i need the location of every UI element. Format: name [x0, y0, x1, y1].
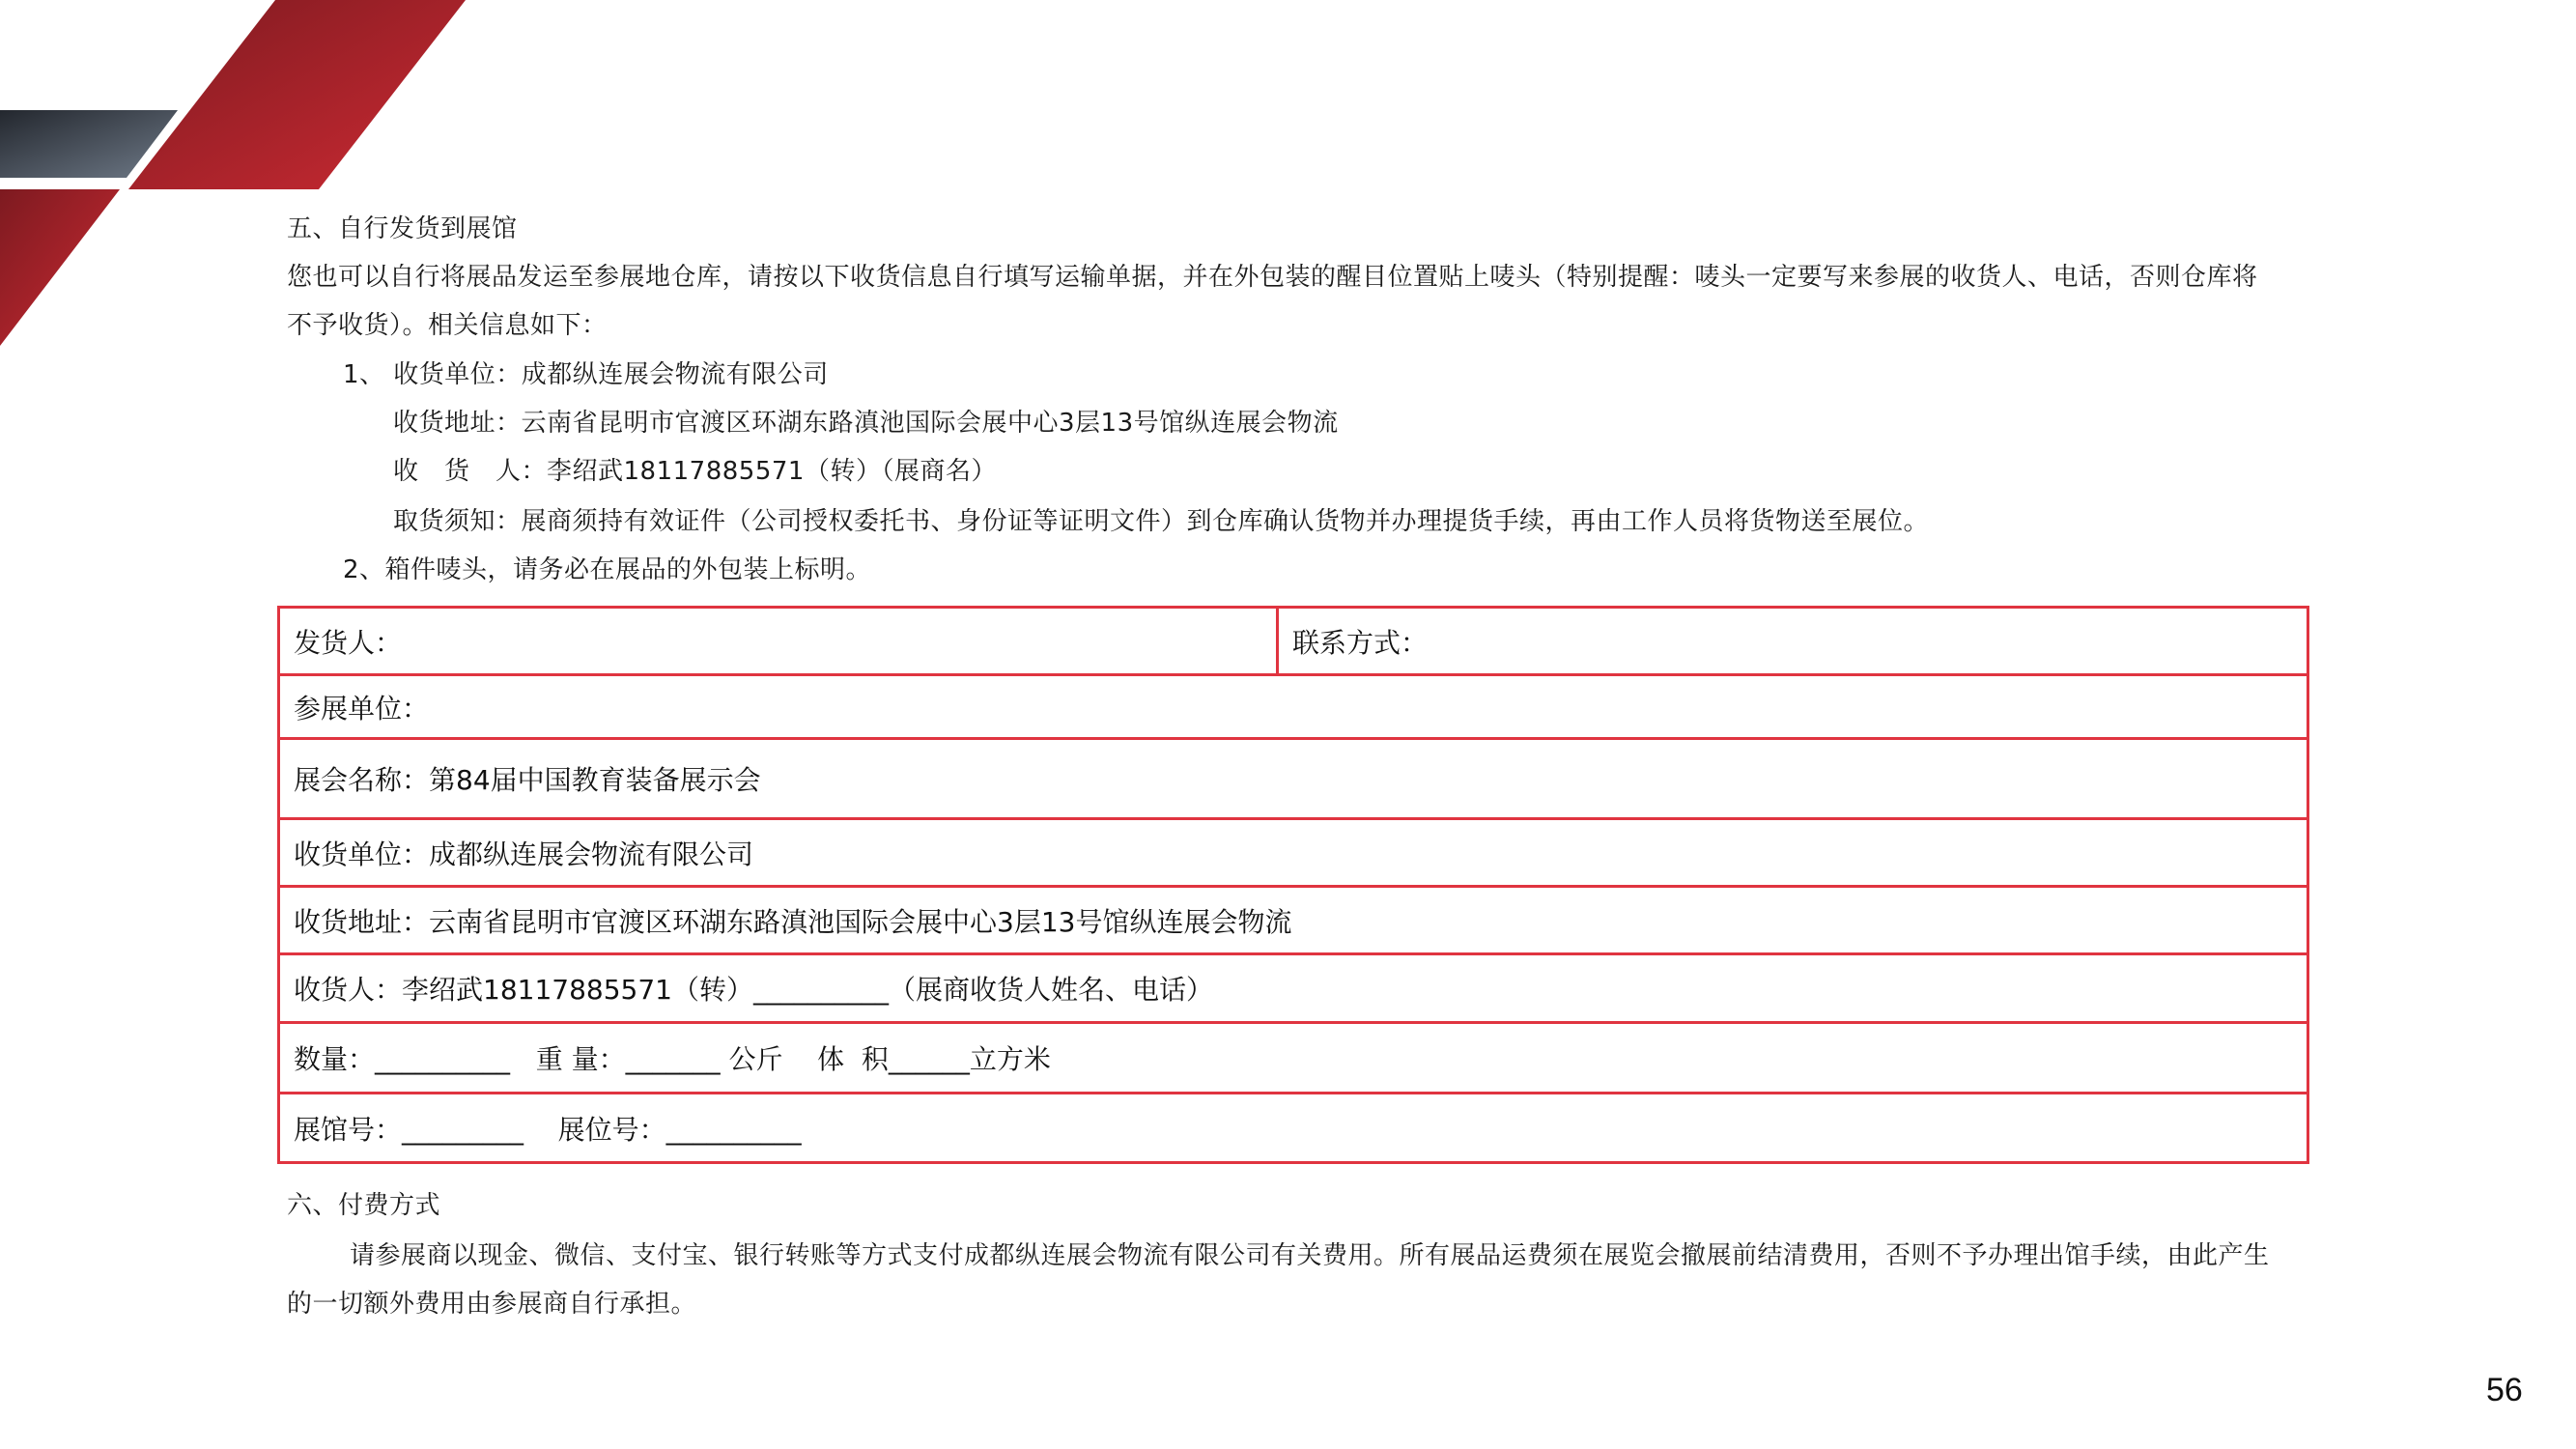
- hall-booth-field: 展馆号：_________ 展位号：__________: [280, 1094, 2307, 1161]
- consignee-field: 收货人：李绍武18117885571（转）__________（展商收货人姓名、…: [280, 955, 2307, 1021]
- form-row-receiving-address: 收货地址：云南省昆明市官渡区环湖东路滇池国际会展中心3层13号馆纵连展会物流: [280, 885, 2307, 952]
- form-row-quantity: 数量：__________ 重 量：_______ 公斤 体 积______立方…: [280, 1021, 2307, 1092]
- item1-receiving-unit: 1、 收货单位：成都纵连展会物流有限公司: [343, 358, 829, 391]
- shipping-mark-form: 发货人： 联系方式： 参展单位： 展会名称：第84届中国教育装备展示会 收货单位…: [277, 606, 2309, 1164]
- section6-heading: 六、付费方式: [287, 1189, 440, 1222]
- quantity-weight-volume-field: 数量：__________ 重 量：_______ 公斤 体 积______立方…: [280, 1024, 2307, 1092]
- shipper-field: 发货人：: [280, 609, 1279, 673]
- page-number: 56: [2486, 1372, 2523, 1409]
- red-parallelogram-shape: [128, 0, 466, 189]
- item1-consignee: 收 货 人：李绍武18117885571（转）（展商名）: [393, 455, 997, 488]
- form-row-consignee: 收货人：李绍武18117885571（转）__________（展商收货人姓名、…: [280, 952, 2307, 1021]
- section6-body-line1: 请参展商以现金、微信、支付宝、银行转账等方式支付成都纵连展会物流有限公司有关费用…: [350, 1239, 2270, 1272]
- form-row-receiving-unit: 收货单位：成都纵连展会物流有限公司: [280, 817, 2307, 885]
- item1-receiving-address: 收货地址：云南省昆明市官渡区环湖东路滇池国际会展中心3层13号馆纵连展会物流: [393, 407, 1339, 440]
- contact-field: 联系方式：: [1279, 609, 2307, 673]
- item2-shipping-mark: 2、箱件唛头，请务必在展品的外包装上标明。: [343, 554, 871, 586]
- decorative-header-shapes: [0, 0, 483, 357]
- receiving-address-field: 收货地址：云南省昆明市官渡区环湖东路滇池国际会展中心3层13号馆纵连展会物流: [280, 888, 2307, 952]
- form-row-shipper: 发货人： 联系方式：: [280, 609, 2307, 673]
- section5-heading: 五、自行发货到展馆: [287, 213, 518, 245]
- form-row-hall-booth: 展馆号：_________ 展位号：__________: [280, 1092, 2307, 1161]
- red-triangle-shape: [0, 189, 120, 346]
- receiving-unit-field: 收货单位：成都纵连展会物流有限公司: [280, 820, 2307, 885]
- item1-pickup-notice: 取货须知：展商须持有效证件（公司授权委托书、身份证等证明文件）到仓库确认货物并办…: [393, 505, 1929, 538]
- section5-intro-line2: 不予收货）。相关信息如下：: [287, 309, 608, 342]
- section5-intro-line1: 您也可以自行将展品发运至参展地仓库，请按以下收货信息自行填写运输单据，并在外包装…: [287, 261, 2258, 294]
- form-row-exhibition-name: 展会名称：第84届中国教育装备展示会: [280, 737, 2307, 817]
- exhibition-name-field: 展会名称：第84届中国教育装备展示会: [280, 740, 2307, 817]
- section6-body-line2: 的一切额外费用由参展商自行承担。: [287, 1288, 696, 1321]
- form-row-exhibitor: 参展单位：: [280, 673, 2307, 737]
- exhibitor-field: 参展单位：: [280, 676, 2307, 737]
